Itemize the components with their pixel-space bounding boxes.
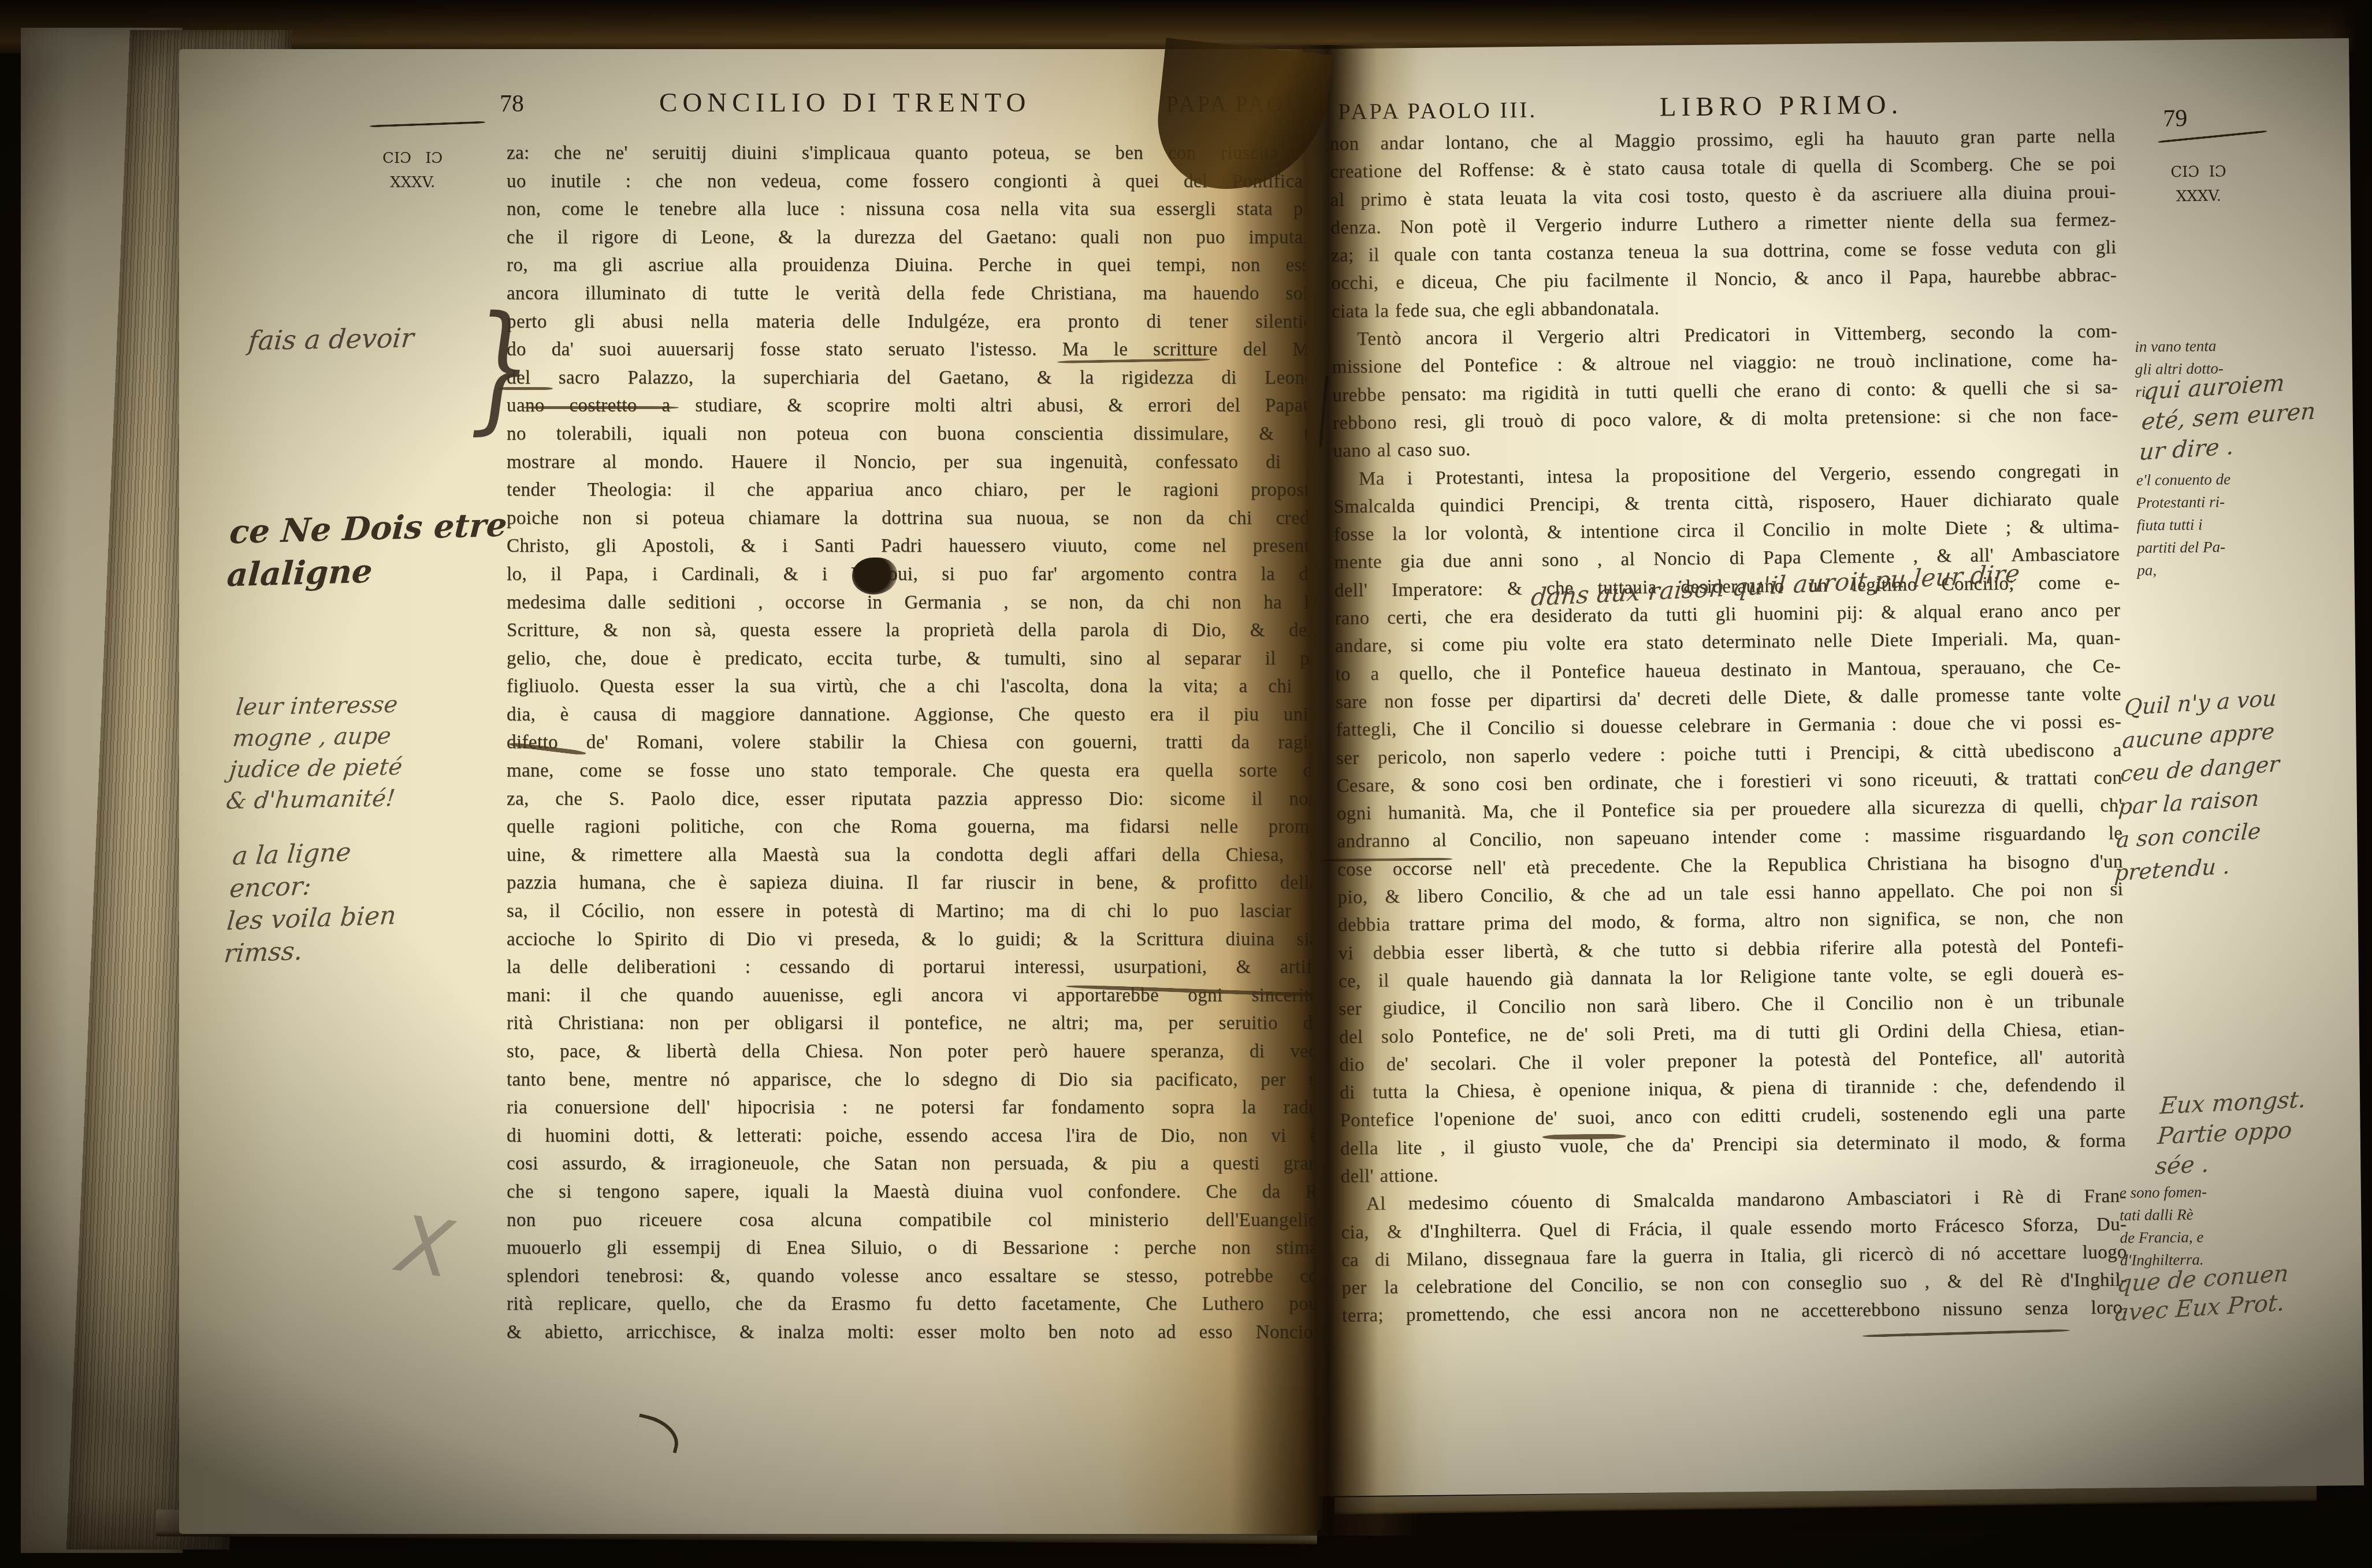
- text-line: sto, pace, & libertà della Chiesa. Non p…: [507, 1041, 1318, 1069]
- handwritten-line: alaligne: [226, 547, 506, 597]
- text-line: rità Christiana: non per obligarsi il po…: [507, 1013, 1318, 1041]
- handwritten-note-a-la-ligne: a la ligneencor:les voila bienrimss.: [222, 834, 403, 970]
- margin-note-line: pa,: [2137, 558, 2232, 582]
- handwritten-margin-note-1: qui auroiemeté, sem eurenur dire .: [2138, 366, 2319, 467]
- margin-note-line: in vano tenta: [2135, 335, 2223, 358]
- text-line: lo, il Papa, i Cardinali, & i Vescoui, s…: [507, 564, 1318, 592]
- margin-year-line: CIƆ IƆ: [382, 146, 443, 170]
- folio-number-left: 78: [500, 90, 524, 118]
- printed-margin-note-3: e sono fomen-tati dalli Rède Francia, ed…: [2120, 1181, 2208, 1272]
- handwritten-note-ce-ne-dois: ce Ne Dois etrealaligne: [226, 504, 508, 597]
- text-line: cosi assurdo, & irragioneuole, che Satan…: [507, 1153, 1318, 1181]
- handwritten-line: rimss.: [222, 932, 395, 970]
- left-page-text: za: che ne' seruitij diuini s'implicaua …: [507, 143, 1318, 1350]
- text-line: che si tengono sapere, iquali la Maestà …: [507, 1181, 1318, 1210]
- margin-note-line: tati dalli Rè: [2120, 1203, 2207, 1227]
- ink-stroke: [1319, 376, 1329, 448]
- margin-year-line: XXXV.: [382, 170, 443, 195]
- margin-note-line: partiti del Pa-: [2137, 536, 2232, 559]
- text-line: Scritture, & non sà, questa essere la pr…: [507, 620, 1318, 648]
- text-line: la delle deliberationi : cessando di por…: [507, 957, 1318, 985]
- text-line: perto gli abusi nella materia delle Indu…: [507, 311, 1318, 340]
- text-line: uano costretto a studiare, & scoprire mo…: [507, 395, 1318, 423]
- text-line: ancora illuminato di tutte le verità del…: [507, 283, 1318, 311]
- right-running-head: PAPA PAOLO III. LIBRO PRIMO.: [1338, 88, 1986, 127]
- text-line: di huomini dotti, & letterati: poiche, e…: [507, 1125, 1318, 1154]
- handwritten-note-fais-a-devoir: fais a devoir: [247, 322, 415, 356]
- text-line: muouerlo gli essempij di Enea Siluio, o …: [507, 1238, 1318, 1266]
- handwritten-line: ce Ne Dois etre: [228, 504, 508, 554]
- handwritten-line: judice de pieté: [228, 751, 404, 785]
- text-line: dia, è causa di maggiore dannatione. Agg…: [507, 704, 1318, 733]
- text-line: gelio, che, doue è predicato, eccita tur…: [507, 648, 1318, 677]
- folio-number-right: 79: [2163, 105, 2188, 132]
- text-line: medesima dalle seditioni , occorse in Ge…: [507, 592, 1318, 620]
- text-line: poiche non si poteua chiamare la dottrin…: [507, 508, 1318, 536]
- ink-underline: [523, 406, 679, 409]
- margin-note-line: fiuta tutti i: [2137, 513, 2232, 537]
- handwritten-line: sée .: [2154, 1145, 2303, 1182]
- handwritten-line: leur interesse: [235, 689, 411, 723]
- text-line: pazzia humana, che è sapieza diuina. Il …: [507, 872, 1318, 901]
- handwritten-line: encor:: [228, 867, 400, 905]
- text-line: mane, come se fosse uno stato temporale.…: [507, 760, 1318, 789]
- ink-underline: [498, 387, 553, 390]
- right-page-text: non andar lontano, che al Maggio prossim…: [1330, 125, 2128, 1333]
- text-line: ro, ma gli ascriue alla prouidenza Diuin…: [507, 255, 1318, 283]
- handwritten-margin-note-2: Quil n'y a vouaucune appreceu de dangerp…: [2113, 681, 2284, 890]
- pencil-x-mark: X: [393, 1198, 458, 1295]
- handwritten-line: mogne , aupe: [231, 720, 407, 754]
- margin-note-line: e'l conuento de: [2136, 468, 2231, 492]
- printed-margin-note-2: e'l conuento deProtestanti ri-fiuta tutt…: [2136, 468, 2232, 582]
- handwritten-line: & d'humanité!: [225, 782, 401, 816]
- text-line: sa, il Cócilio, non essere in potestà di…: [507, 901, 1318, 929]
- text-line: che il rigore di Leone, & la durezza del…: [507, 227, 1318, 255]
- margin-year-line: XXXV.: [2171, 184, 2227, 209]
- running-title-right-side: PAPA PAOLO III.: [1338, 97, 1537, 125]
- handwritten-line: les voila bien: [225, 900, 397, 938]
- text-line: non puo riceuere cosa alcuna compatibile…: [507, 1210, 1318, 1238]
- margin-year-line: CIƆ IƆ: [2170, 159, 2226, 184]
- running-title-left: CONCILIO DI TRENTO: [659, 87, 1031, 118]
- text-line: do da' suoi auuersarij fosse stato serua…: [507, 339, 1318, 367]
- text-line: tender Theologia: il che appariua anco c…: [507, 480, 1318, 508]
- text-line: mostrare al mondo. Hauere il Noncio, per…: [507, 452, 1318, 480]
- text-line: accioche lo Spirito di Dio vi preseda, &…: [507, 929, 1318, 957]
- text-line: no tolerabili, iquali non poteua con buo…: [507, 423, 1318, 452]
- margin-note-line: Protestanti ri-: [2136, 491, 2231, 514]
- margin-year-left: CIƆ IƆXXXV.: [382, 146, 443, 195]
- handwritten-note-leur-interesse: leur interessemogne , aupejudice de piet…: [225, 689, 411, 817]
- margin-note-line: de Francia, e: [2120, 1226, 2207, 1250]
- text-line: ria conuersione dell' hipocrisia : ne po…: [507, 1097, 1318, 1125]
- text-line: del sacro Palazzo, la superchiaria del G…: [507, 367, 1318, 396]
- book-photo: 78 CONCILIO DI TRENTO PAPA PAOLO CIƆ IƆX…: [0, 0, 2372, 1568]
- text-line: za, che S. Paolo dice, esser riputata pa…: [507, 789, 1318, 817]
- text-line: Christo, gli Apostoli, & i Santi Padri h…: [507, 536, 1318, 564]
- text-line: splendori tenebrosi: &, quando volesse a…: [507, 1266, 1318, 1294]
- ink-swash-left: [370, 121, 485, 128]
- right-page: PAPA PAOLO III. LIBRO PRIMO. 79 CIƆ IƆXX…: [1303, 38, 2364, 1496]
- text-line: non, come le tenebre alla luce : nissuna…: [507, 199, 1318, 227]
- text-line: uine, & rimettere alla Maestà sua la con…: [507, 845, 1318, 873]
- handwritten-brace: }: [470, 300, 531, 433]
- ink-underline: [1862, 1329, 2070, 1337]
- ink-flourish: [633, 1413, 683, 1453]
- handwritten-margin-note-3: Eux mongst.Partie opposée .: [2154, 1084, 2307, 1181]
- text-line: tanto bene, mentre nó apparisce, che lo …: [507, 1069, 1318, 1098]
- handwritten-line: a la ligne: [231, 834, 403, 872]
- margin-year-right: CIƆ IƆXXXV.: [2170, 159, 2226, 209]
- left-page: 78 CONCILIO DI TRENTO PAPA PAOLO CIƆ IƆX…: [179, 49, 1323, 1534]
- text-line: rità replicare, quello, che da Erasmo fu…: [507, 1294, 1318, 1322]
- text-line: figliuolo. Questa esser la sua virtù, ch…: [507, 676, 1318, 704]
- text-line: & abietto, arricchisce, & inalza molti: …: [507, 1322, 1318, 1350]
- text-line: difetto de' Romani, volere stabilir la C…: [507, 732, 1318, 760]
- margin-note-line: e sono fomen-: [2120, 1181, 2207, 1205]
- text-line: quelle ragioni politiche, con che Roma g…: [507, 816, 1318, 845]
- handwritten-margin-note-4: que de conuenavec Eux Prot.: [2114, 1259, 2289, 1328]
- running-title-right: LIBRO PRIMO.: [1660, 89, 1903, 122]
